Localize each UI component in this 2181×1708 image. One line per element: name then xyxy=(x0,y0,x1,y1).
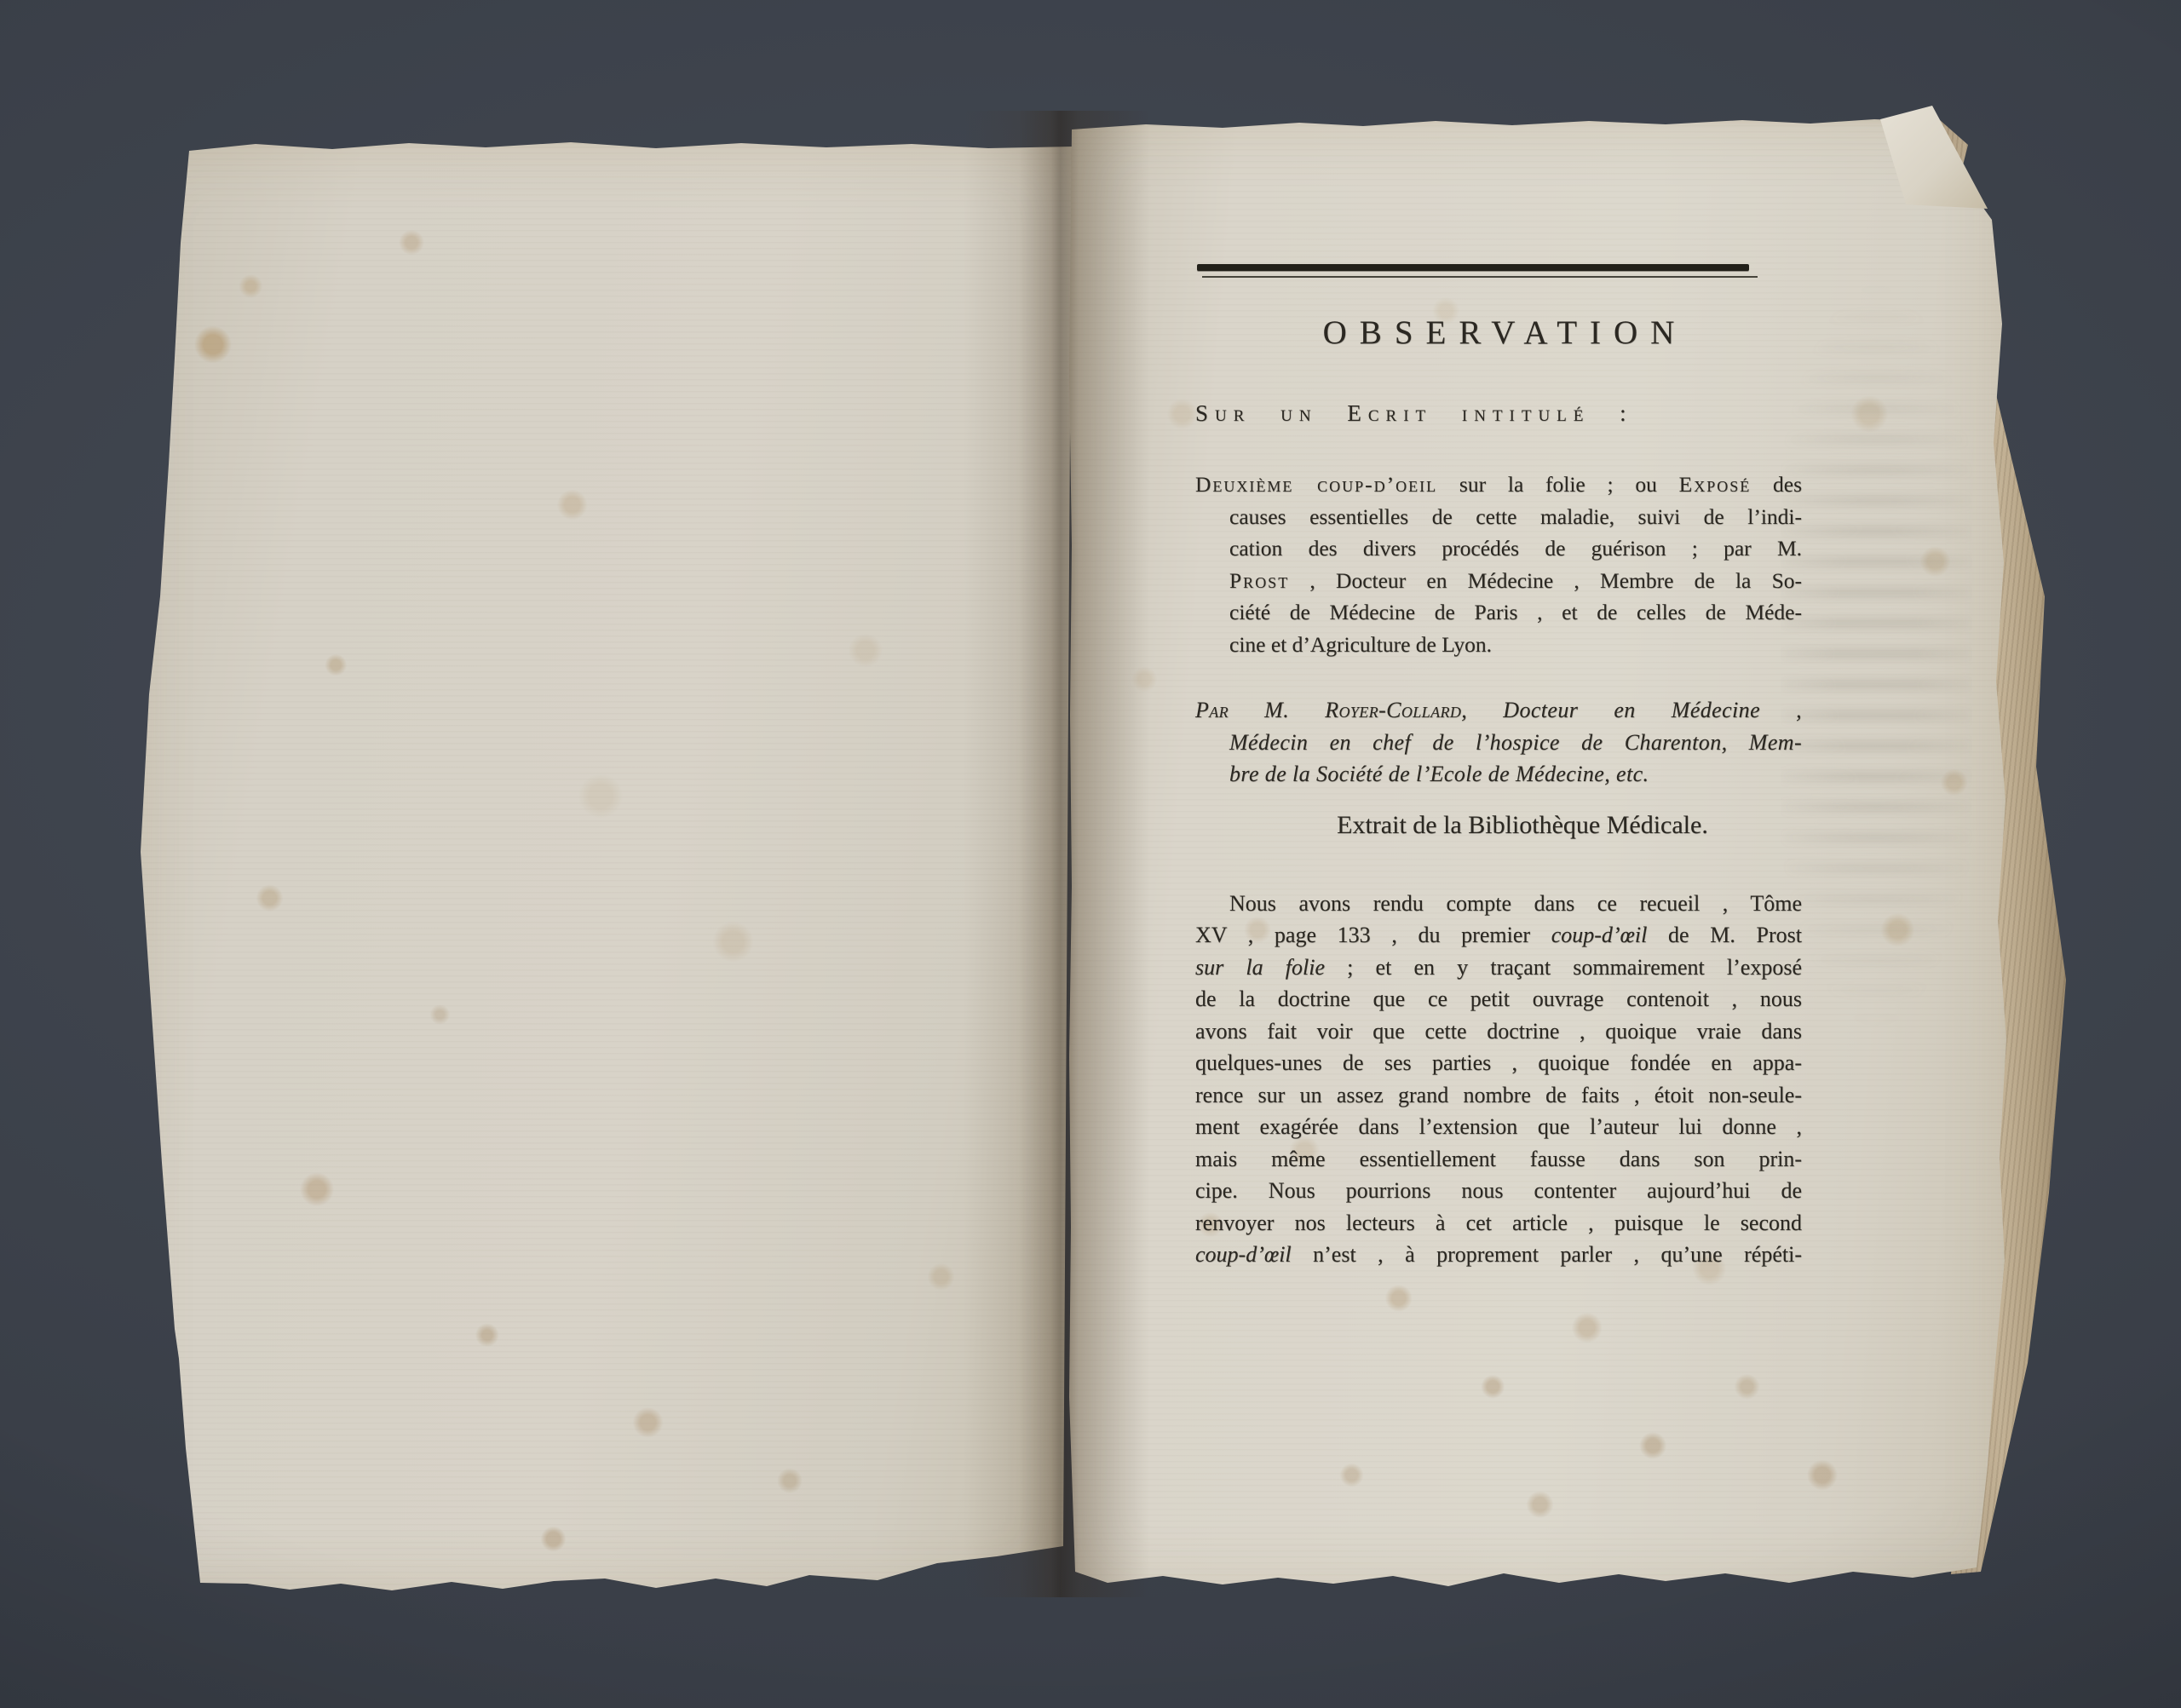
text-segment: des xyxy=(1751,472,1802,497)
text-segment: causes essentielles de cette maladie, su… xyxy=(1229,504,1802,529)
paragraph-bodypara: Nous avons rendu compte dans ce recueil … xyxy=(1195,888,1802,1271)
text-segment: Nous avons rendu compte dans ce recueil … xyxy=(1229,891,1802,916)
text-segment: cation des divers procédés de guérison ;… xyxy=(1229,536,1802,561)
text-line: cation des divers procédés de guérison ;… xyxy=(1195,532,1802,565)
text-segment: renvoyer nos lecteurs à cet article , pu… xyxy=(1195,1211,1802,1235)
text-line: Médecin en chef de l’hospice de Charento… xyxy=(1195,727,1802,759)
text-segment: n’est , à proprement parler , qu’une rép… xyxy=(1292,1242,1802,1267)
page-subtitle: Sur un Ecrit intitulé : xyxy=(1195,400,1802,426)
text-segment: sur la folie xyxy=(1195,955,1325,980)
text-line: bre de la Société de l’Ecole de Médecine… xyxy=(1195,758,1802,791)
text-segment: coup-d’œil xyxy=(1551,923,1648,947)
paragraph-titlepara: Deuxième coup-d’oeil sur la folie ; ou E… xyxy=(1195,469,1802,660)
text-segment: sur la folie ; ou xyxy=(1437,472,1678,497)
text-segment: de la doctrine que ce petit ouvrage cont… xyxy=(1195,986,1802,1011)
left-page xyxy=(128,141,1073,1597)
text-segment: , Docteur en Médecine , Membre de la So- xyxy=(1289,568,1802,593)
text-segment: coup-d’œil xyxy=(1195,1242,1292,1267)
text-line: cipe. Nous pourrions nous contenter aujo… xyxy=(1195,1175,1802,1207)
text-segment: Médecin en chef de l’hospice de Charento… xyxy=(1229,730,1802,755)
text-line: renvoyer nos lecteurs à cet article , pu… xyxy=(1195,1207,1802,1239)
text-segment: mais même essentiellement fausse dans so… xyxy=(1195,1147,1802,1171)
text-segment: ment exagérée dans l’extension que l’aut… xyxy=(1195,1114,1802,1139)
paragraph-byline: Par M. Royer-Collard, Docteur en Médecin… xyxy=(1195,694,1802,791)
text-segment: bre de la Société de l’Ecole de Médecine… xyxy=(1229,762,1649,786)
text-line: quelques-unes de ses parties , quoique f… xyxy=(1195,1047,1802,1079)
page-title: OBSERVATION xyxy=(1195,315,1815,351)
header-rule-thin xyxy=(1202,276,1758,278)
text-segment: cipe. Nous pourrions nous contenter aujo… xyxy=(1195,1178,1802,1203)
text-segment: ciété de Médecine de Paris , et de celle… xyxy=(1229,600,1802,624)
text-segment: de M. Prost xyxy=(1647,923,1802,947)
header-rule-thick xyxy=(1197,264,1749,271)
bleed-through-text xyxy=(1781,281,1972,1031)
text-line: XV , page 133 , du premier coup-d’œil de… xyxy=(1195,919,1802,952)
text-segment: rence sur un assez grand nombre de faits… xyxy=(1195,1083,1802,1107)
text-segment: quelques-unes de ses parties , quoique f… xyxy=(1195,1050,1802,1075)
text-line: ment exagérée dans l’extension que l’aut… xyxy=(1195,1111,1802,1143)
text-segment: Prost xyxy=(1229,568,1289,593)
paragraph-extrait: Extrait de la Bibliothèque Médicale. xyxy=(1195,811,1802,840)
text-segment: avons fait voir que cette doctrine , quo… xyxy=(1195,1019,1802,1044)
text-segment: Exposé xyxy=(1679,472,1752,497)
text-segment: Par M. Royer-Collard xyxy=(1195,698,1461,722)
text-line: Extrait de la Bibliothèque Médicale. xyxy=(1243,811,1802,840)
text-line: cine et d’Agriculture de Lyon. xyxy=(1195,629,1802,661)
text-line: mais même essentiellement fausse dans so… xyxy=(1195,1143,1802,1176)
text-line: Nous avons rendu compte dans ce recueil … xyxy=(1195,888,1802,920)
right-page: OBSERVATION Sur un Ecrit intitulé : Deux… xyxy=(1069,119,2011,1593)
text-line: ciété de Médecine de Paris , et de celle… xyxy=(1195,596,1802,629)
text-line: Prost , Docteur en Médecine , Membre de … xyxy=(1195,565,1802,597)
text-segment: ; et en y traçant sommairement l’exposé xyxy=(1325,955,1802,980)
book-photo: OBSERVATION Sur un Ecrit intitulé : Deux… xyxy=(0,0,2181,1708)
text-segment: Deuxième coup-d’oeil xyxy=(1195,472,1437,497)
text-line: Deuxième coup-d’oeil sur la folie ; ou E… xyxy=(1195,469,1802,501)
text-line: causes essentielles de cette maladie, su… xyxy=(1195,501,1802,533)
text-line: Par M. Royer-Collard, Docteur en Médecin… xyxy=(1195,694,1802,727)
page-text-block: OBSERVATION Sur un Ecrit intitulé : Deux… xyxy=(1195,264,1802,1271)
text-segment: cine et d’Agriculture de Lyon. xyxy=(1229,632,1492,657)
text-segment: XV , page 133 , du premier xyxy=(1195,923,1551,947)
text-segment: Extrait de la Bibliothèque Médicale. xyxy=(1337,811,1708,839)
text-line: sur la folie ; et en y traçant sommairem… xyxy=(1195,952,1802,984)
text-line: rence sur un assez grand nombre de faits… xyxy=(1195,1079,1802,1112)
text-segment: , Docteur en Médecine , xyxy=(1461,698,1802,722)
text-line: avons fait voir que cette doctrine , quo… xyxy=(1195,1015,1802,1048)
text-line: coup-d’œil n’est , à proprement parler ,… xyxy=(1195,1239,1802,1271)
paragraphs: Deuxième coup-d’oeil sur la folie ; ou E… xyxy=(1195,469,1802,1271)
left-page-stains xyxy=(128,141,1073,1597)
text-line: de la doctrine que ce petit ouvrage cont… xyxy=(1195,983,1802,1015)
